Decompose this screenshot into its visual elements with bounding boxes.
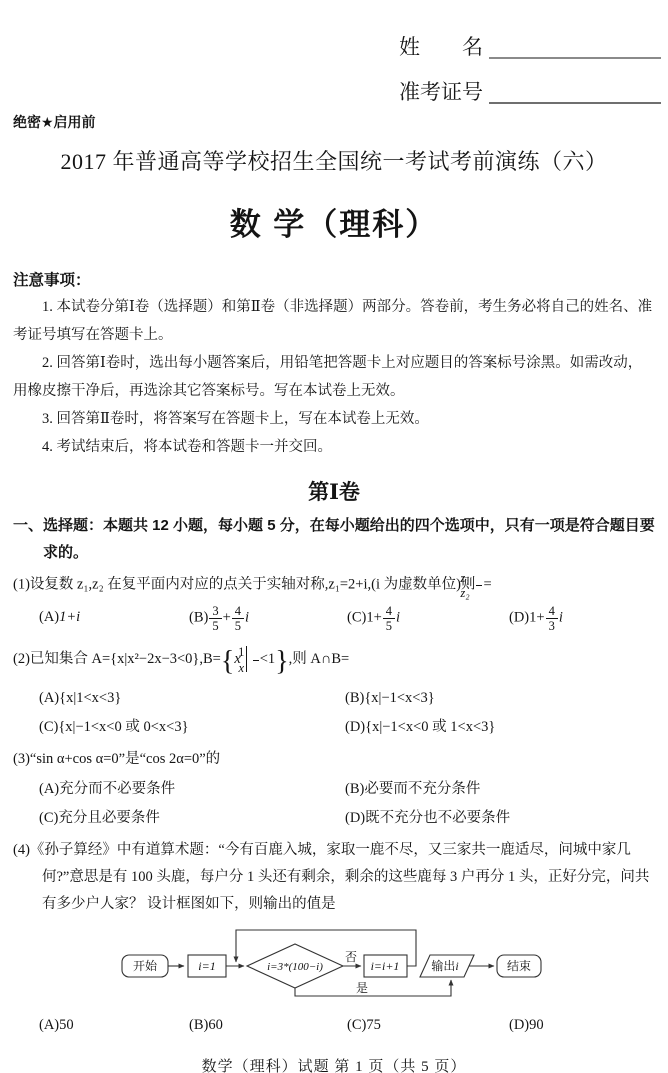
question-4-stem: (4)《孙子算经》中有道算术题：“今有百鹿入城，家取一鹿不尽，又三家共一鹿适尽，…: [13, 837, 655, 918]
fraction-z1-over-z2: z₁z₂: [476, 571, 482, 601]
flow-yes-label: 是: [356, 981, 368, 995]
question-2-stem: (2)已知集合 A={x|x²−2x−3<0},B={x1x<1},则 A∩B=: [13, 639, 655, 682]
option-3A: (A)充分而不必要条件: [39, 775, 345, 803]
option-2D: (D){x|−1<x<0 或 1<x<3}: [345, 713, 655, 741]
set-divider-bar: [246, 646, 247, 672]
option-3B: (B)必要而不充分条件: [345, 775, 655, 803]
ticket-number-input-line[interactable]: [489, 68, 661, 104]
exam-title: 2017 年普通高等学校招生全国统一考试考前演练（六）: [13, 145, 655, 176]
section1-title: 第Ⅰ卷: [13, 476, 655, 506]
notice-item-2: 2. 回答第Ⅰ卷时，选出每小题答案后，用铅笔把答题卡上对应题目的答案标号涂黑。如…: [13, 349, 655, 405]
option-1D: (D)1+43i: [509, 604, 655, 634]
ticket-number-label: 准考证号: [399, 81, 483, 104]
option-1C: (C)1+45i: [347, 604, 509, 634]
question-1: (1)设复数 z₁,z₂ 在复平面内对应的点关于实轴对称,z₁=2+i,(i 为…: [13, 571, 655, 634]
notice-item-1: 1. 本试卷分第Ⅰ卷（选择题）和第Ⅱ卷（非选择题）两部分。答卷前，考生务必将自己…: [13, 293, 655, 349]
fraction-4-3: 43: [546, 604, 558, 634]
fraction-4-5: 45: [383, 604, 395, 634]
page-footer: 数学（理科）试题 第 1 页（共 5 页）: [13, 1055, 655, 1073]
subject-title: 数 学（理科）: [13, 199, 655, 244]
candidate-fields: 姓 名 准考证号: [399, 14, 661, 104]
question-1-stem-equals: =: [483, 576, 491, 592]
fraction-3-5: 35: [209, 604, 221, 634]
question-1-options: (A)1+i (B)35+45i (C)1+45i (D)1+43i: [13, 604, 655, 634]
set-close-brace: }: [275, 646, 288, 677]
ticket-field-row: 准考证号: [399, 59, 661, 104]
algorithm-flowchart: 开始 i=1 i=3*(100−i) 否 i=i+1 是 输出i 结束: [114, 922, 554, 1004]
question-2-options-row-1: (A){x|1<x<3} (B){x|−1<x<3}: [13, 684, 655, 712]
set-condition: <1: [260, 651, 275, 667]
option-1A-label: (A): [39, 609, 59, 625]
question-2-options-row-2: (C){x|−1<x<0 或 0<x<3} (D){x|−1<x<0 或 1<x…: [13, 713, 655, 741]
option-4C: (C)75: [347, 1012, 509, 1039]
notice-item-4: 4. 考试结束后，将本试卷和答题卡一并交回。: [13, 433, 655, 461]
option-1D-label: (D): [509, 609, 529, 625]
name-field-row: 姓 名: [399, 14, 661, 59]
set-open-brace: {: [221, 646, 234, 677]
option-3C: (C)充分且必要条件: [39, 804, 345, 832]
question-3: (3)“sin α+cos α=0”是“cos 2α=0”的 (A)充分而不必要…: [13, 746, 655, 832]
option-2C: (C){x|−1<x<0 或 0<x<3}: [39, 713, 345, 741]
exam-paper-page: 姓 名 准考证号 绝密★启用前 2017 年普通高等学校招生全国统一考试考前演练…: [0, 0, 668, 1073]
option-1B-label: (B): [189, 609, 208, 625]
option-2A: (A){x|1<x<3}: [39, 684, 345, 712]
option-1A-text: 1+i: [59, 609, 80, 625]
option-4B: (B)60: [189, 1012, 347, 1039]
question-2-stem-tail: ,则 A∩B=: [289, 651, 350, 667]
secret-banner: 绝密★启用前: [13, 112, 655, 132]
flow-yes-branch-line: [295, 980, 451, 996]
fraction-4-5: 45: [232, 604, 244, 634]
flow-output-label: 输出i: [431, 958, 458, 973]
question-3-options-row-1: (A)充分而不必要条件 (B)必要而不充分条件: [13, 775, 655, 803]
question-1-stem: (1)设复数 z₁,z₂ 在复平面内对应的点关于实轴对称,z₁=2+i,(i 为…: [13, 571, 655, 601]
question-3-options-row-2: (C)充分且必要条件 (D)既不充分也不必要条件: [13, 804, 655, 832]
flow-increment-label: i=i+1: [371, 959, 400, 973]
question-2: (2)已知集合 A={x|x²−2x−3<0},B={x1x<1},则 A∩B=…: [13, 639, 655, 741]
name-input-line[interactable]: [489, 23, 661, 59]
notice-item-3: 3. 回答第Ⅱ卷时，将答案写在答题卡上，写在本试卷上无效。: [13, 405, 655, 433]
flow-condition-label: i=3*(100−i): [267, 961, 323, 973]
question-4: (4)《孙子算经》中有道算术题：“今有百鹿入城，家取一鹿不尽，又三家共一鹿适尽，…: [13, 837, 655, 1039]
option-1A: (A)1+i: [39, 604, 189, 634]
flow-start-label: 开始: [133, 958, 158, 973]
question-3-stem: (3)“sin α+cos α=0”是“cos 2α=0”的: [13, 746, 655, 773]
question-2-stem-text: (2)已知集合 A={x|x²−2x−3<0},B=: [13, 651, 221, 667]
option-1B: (B)35+45i: [189, 604, 347, 634]
flow-init-label: i=1: [198, 959, 215, 973]
question-1-stem-text: (1)设复数 z₁,z₂ 在复平面内对应的点关于实轴对称,z₁=2+i,(i 为…: [13, 576, 475, 592]
section1-instruction: 一、选择题：本题共 12 小题，每小题 5 分，在每小题给出的四个选项中，只有一…: [13, 512, 655, 566]
notice-title: 注意事项：: [13, 269, 655, 293]
option-3D: (D)既不充分也不必要条件: [345, 804, 655, 832]
notice-section: 注意事项： 1. 本试卷分第Ⅰ卷（选择题）和第Ⅱ卷（非选择题）两部分。答卷前，考…: [13, 269, 655, 461]
flow-no-label: 否: [345, 950, 357, 964]
flowchart-container: 开始 i=1 i=3*(100−i) 否 i=i+1 是 输出i 结束: [13, 922, 655, 1009]
option-4A: (A)50: [39, 1012, 189, 1039]
option-2B: (B){x|−1<x<3}: [345, 684, 655, 712]
name-label: 姓 名: [399, 36, 483, 59]
option-4D: (D)90: [509, 1012, 655, 1039]
question-4-options: (A)50 (B)60 (C)75 (D)90: [13, 1012, 655, 1039]
flow-end-label: 结束: [507, 958, 531, 973]
option-1C-label: (C): [347, 609, 366, 625]
fraction-1-over-x: 1x: [253, 645, 259, 675]
